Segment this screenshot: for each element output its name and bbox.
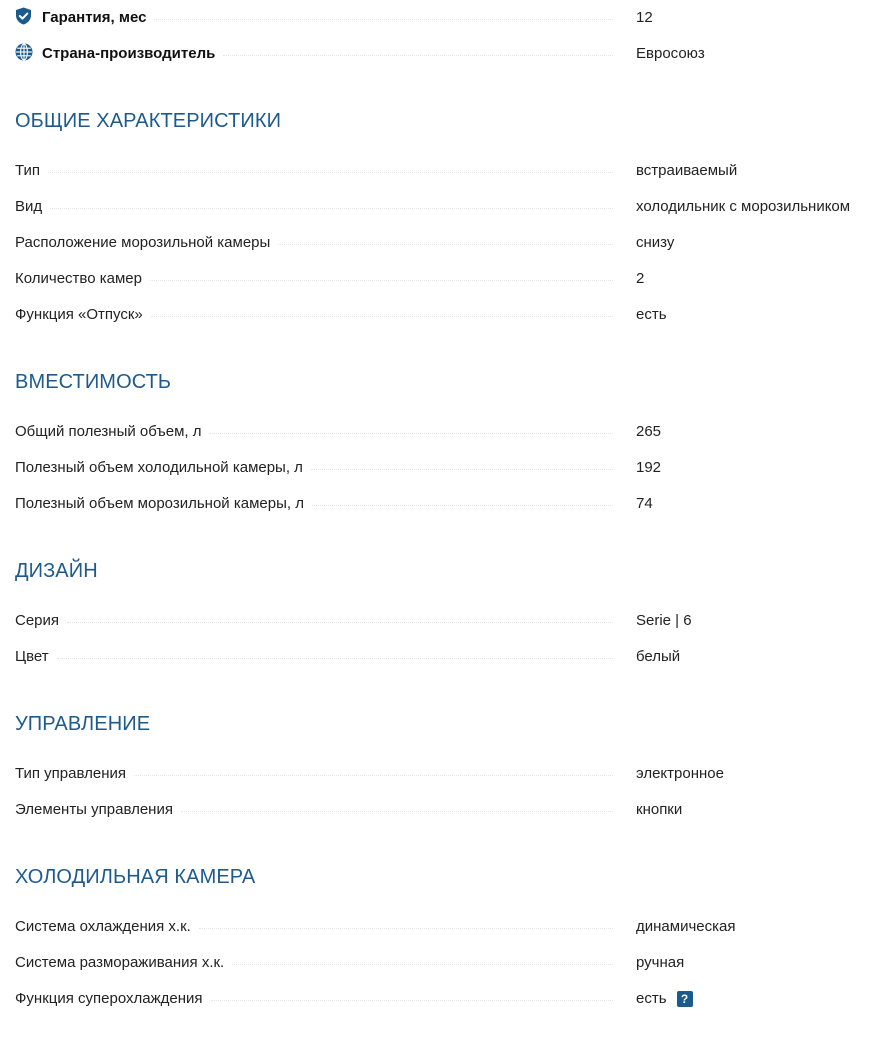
spec-label: Расположение морозильной камеры bbox=[15, 225, 270, 261]
spec-row: Система охлаждения х.к.динамическая bbox=[15, 909, 877, 945]
leader-line bbox=[223, 55, 613, 56]
spec-row: Видхолодильник с морозильником bbox=[15, 189, 877, 225]
spec-value: 192 bbox=[636, 450, 661, 486]
spec-value: 74 bbox=[636, 486, 653, 522]
help-question-icon[interactable]: ? bbox=[677, 991, 693, 1007]
leader-line bbox=[278, 244, 613, 245]
spec-row: Расположение морозильной камерыснизу bbox=[15, 225, 877, 261]
spec-row: Система размораживания х.к.ручная bbox=[15, 945, 877, 981]
spec-label: Страна-производитель bbox=[42, 36, 215, 72]
spec-label: Серия bbox=[15, 603, 59, 639]
leader-line bbox=[150, 280, 613, 281]
spec-row: Тип управленияэлектронное bbox=[15, 756, 877, 792]
spec-label: Система размораживания х.к. bbox=[15, 945, 224, 981]
spec-value: снизу bbox=[636, 225, 674, 261]
leader-line bbox=[199, 928, 613, 929]
spec-value: ручная bbox=[636, 945, 684, 981]
spec-value: кнопки bbox=[636, 792, 682, 828]
leader-line bbox=[209, 433, 613, 434]
spec-value: 2 bbox=[636, 261, 644, 297]
leader-line bbox=[50, 208, 613, 209]
leader-line bbox=[67, 622, 613, 623]
section-title-general: ОБЩИЕ ХАРАКТЕРИСТИКИ bbox=[15, 106, 281, 136]
section-title-design: ДИЗАЙН bbox=[15, 556, 98, 586]
leader-line bbox=[211, 1000, 614, 1001]
spec-value: холодильник с морозильником bbox=[636, 189, 850, 225]
section-fridge-chamber-rows: Система охлаждения х.к.динамическая Сист… bbox=[15, 909, 877, 1017]
spec-row: Количество камер2 bbox=[15, 261, 877, 297]
globe-icon bbox=[15, 39, 33, 57]
spec-row: Полезный объем холодильной камеры, л192 bbox=[15, 450, 877, 486]
section-general-rows: Типвстраиваемый Видхолодильник с морозил… bbox=[15, 153, 877, 333]
leader-line bbox=[57, 658, 613, 659]
spec-value-with-help: есть? bbox=[636, 981, 693, 1017]
spec-value: встраиваемый bbox=[636, 153, 737, 189]
section-title-capacity: ВМЕСТИМОСТЬ bbox=[15, 367, 171, 397]
spec-label: Функция суперохлаждения bbox=[15, 981, 203, 1017]
spec-label: Система охлаждения х.к. bbox=[15, 909, 191, 945]
spec-row: Функция «Отпуск»есть bbox=[15, 297, 877, 333]
section-capacity-rows: Общий полезный объем, л265 Полезный объе… bbox=[15, 414, 877, 522]
spec-row: Цветбелый bbox=[15, 639, 877, 675]
spec-label: Количество камер bbox=[15, 261, 142, 297]
spec-row: Типвстраиваемый bbox=[15, 153, 877, 189]
leader-line bbox=[134, 775, 613, 776]
spec-label: Полезный объем холодильной камеры, л bbox=[15, 450, 303, 486]
spec-row-warranty: Гарантия, мес 12 bbox=[15, 0, 877, 36]
spec-label: Элементы управления bbox=[15, 792, 173, 828]
spec-value: Евросоюз bbox=[636, 36, 705, 72]
section-title-controls: УПРАВЛЕНИЕ bbox=[15, 709, 150, 739]
section-title-fridge-chamber: ХОЛОДИЛЬНАЯ КАМЕРА bbox=[15, 862, 255, 892]
shield-check-icon bbox=[15, 3, 33, 21]
spec-row: СерияSerie | 6 bbox=[15, 603, 877, 639]
spec-label: Общий полезный объем, л bbox=[15, 414, 201, 450]
spec-label: Функция «Отпуск» bbox=[15, 297, 143, 333]
spec-label: Тип bbox=[15, 153, 40, 189]
spec-row: Общий полезный объем, л265 bbox=[15, 414, 877, 450]
spec-value: есть bbox=[636, 297, 667, 333]
leader-line bbox=[48, 172, 613, 173]
spec-value: есть bbox=[636, 981, 667, 1017]
spec-label: Тип управления bbox=[15, 756, 126, 792]
spec-row: Элементы управлениякнопки bbox=[15, 792, 877, 828]
spec-value: белый bbox=[636, 639, 680, 675]
leader-line bbox=[312, 505, 613, 506]
leader-line bbox=[232, 964, 613, 965]
leader-line bbox=[311, 469, 613, 470]
leader-line bbox=[181, 811, 613, 812]
spec-value: 265 bbox=[636, 414, 661, 450]
spec-label: Гарантия, мес bbox=[42, 0, 146, 36]
spec-label: Полезный объем морозильной камеры, л bbox=[15, 486, 304, 522]
spec-row-country: Страна-производитель Евросоюз bbox=[15, 36, 877, 72]
spec-label: Цвет bbox=[15, 639, 49, 675]
spec-label: Вид bbox=[15, 189, 42, 225]
spec-value: Serie | 6 bbox=[636, 603, 692, 639]
spec-value: электронное bbox=[636, 756, 724, 792]
leader-line bbox=[154, 19, 613, 20]
leader-line bbox=[151, 316, 613, 317]
section-controls-rows: Тип управленияэлектронное Элементы управ… bbox=[15, 756, 877, 828]
spec-row: Функция суперохлажденияесть? bbox=[15, 981, 877, 1017]
spec-value: динамическая bbox=[636, 909, 735, 945]
section-design-rows: СерияSerie | 6 Цветбелый bbox=[15, 603, 877, 675]
spec-row: Полезный объем морозильной камеры, л74 bbox=[15, 486, 877, 522]
spec-value: 12 bbox=[636, 0, 653, 36]
